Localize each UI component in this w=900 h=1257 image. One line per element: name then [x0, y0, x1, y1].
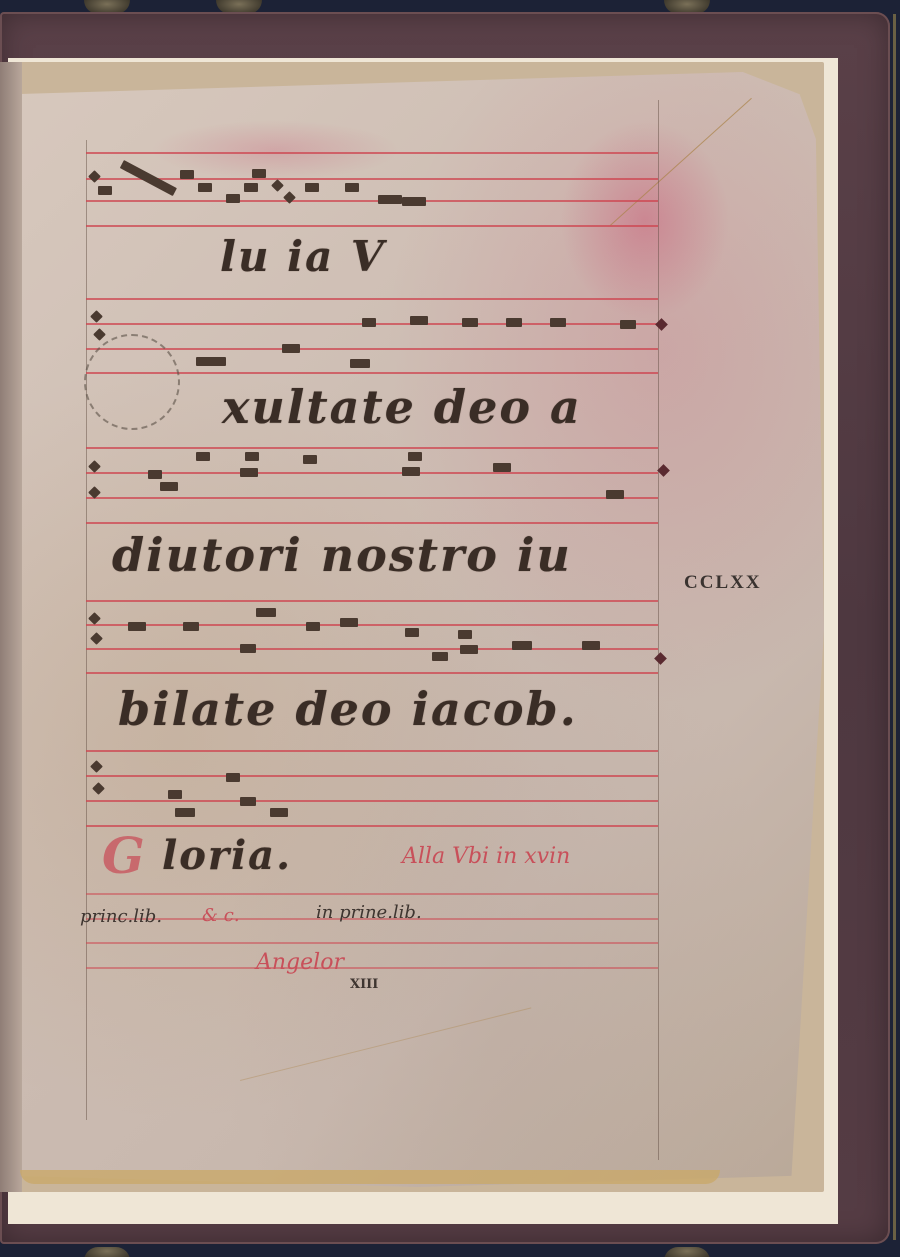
neume [303, 455, 317, 464]
rubric-text-a: princ.lib. [80, 906, 162, 927]
neume [160, 482, 178, 491]
neume [410, 316, 428, 325]
folio-number: CCLXX [684, 572, 762, 594]
decorated-initial-g: G [102, 826, 145, 885]
neume [493, 463, 511, 472]
neume [240, 797, 256, 806]
neume [408, 452, 422, 461]
rubric-numeral: XIII [350, 977, 378, 992]
neume [350, 359, 370, 368]
lyric-line-4: bilate deo iacob. [118, 682, 578, 736]
neume [282, 344, 300, 353]
neume [506, 318, 522, 327]
staff-line [86, 825, 658, 827]
neume [256, 608, 276, 617]
neume [305, 183, 319, 192]
lyric-line-1: lu ia V [220, 232, 386, 281]
staff-line [86, 472, 658, 474]
neume [196, 357, 226, 366]
staff-line [86, 893, 658, 895]
binding-gilt-edge [893, 14, 896, 1240]
neume [252, 169, 266, 178]
margin-ruling-right [658, 100, 659, 1160]
neume [462, 318, 478, 327]
neume [362, 318, 376, 327]
staff-line [86, 775, 658, 777]
lyric-gloria: loria. [162, 832, 292, 879]
neume [378, 195, 402, 204]
neume [196, 452, 210, 461]
neume [340, 618, 358, 627]
staff-line [86, 672, 658, 674]
neume [405, 628, 419, 637]
staff-line [86, 348, 658, 350]
rubric-angelorum: Angelor [256, 950, 344, 975]
neume [226, 773, 240, 782]
neume [620, 320, 636, 329]
staff-line [86, 200, 658, 202]
rubric-red-marks: & c. [202, 905, 240, 926]
neume [183, 622, 199, 631]
neume [240, 468, 258, 477]
red-stain [560, 120, 730, 320]
staff-line [86, 497, 658, 499]
rubric-text-b: in prine.lib. [316, 902, 422, 923]
neume [512, 641, 532, 650]
initial-e-outline [84, 334, 180, 430]
neume [458, 630, 472, 639]
staff-line [86, 225, 658, 227]
neume [245, 452, 259, 461]
staff-line [86, 967, 658, 969]
neume [550, 318, 566, 327]
staff-line [86, 600, 658, 602]
neume [175, 808, 195, 817]
staff-line [86, 750, 658, 752]
staff-line [86, 298, 658, 300]
neume [244, 183, 258, 192]
staff-line [86, 624, 658, 626]
neume [198, 183, 212, 192]
neume [345, 183, 359, 192]
staff-line [86, 648, 658, 650]
neume [402, 467, 420, 476]
neume [168, 790, 182, 799]
neume [402, 197, 426, 206]
neume [98, 186, 112, 195]
staff-line [86, 942, 658, 944]
neume [148, 470, 162, 479]
neume [606, 490, 624, 499]
leaf-bottom-edge [20, 1170, 720, 1184]
staff-line [86, 447, 658, 449]
neume [270, 808, 288, 817]
margin-ruling-left [86, 140, 87, 1120]
neume [306, 622, 320, 631]
staff-line [86, 152, 658, 154]
gutter-fold [0, 62, 22, 1192]
staff-line [86, 522, 658, 524]
neume [226, 194, 240, 203]
rubric-alleluia: Alla Vbi in xvin [402, 844, 570, 869]
neume [582, 641, 600, 650]
neume [432, 652, 448, 661]
staff-line [86, 178, 658, 180]
staff-line [86, 800, 658, 802]
neume [180, 170, 194, 179]
neume [240, 644, 256, 653]
neume [128, 622, 146, 631]
lyric-line-3: diutori nostro iu [112, 528, 572, 582]
neume [460, 645, 478, 654]
binding-stud [84, 1247, 130, 1257]
lyric-line-2: xultate deo a [222, 380, 582, 434]
binding-stud [664, 1247, 710, 1257]
